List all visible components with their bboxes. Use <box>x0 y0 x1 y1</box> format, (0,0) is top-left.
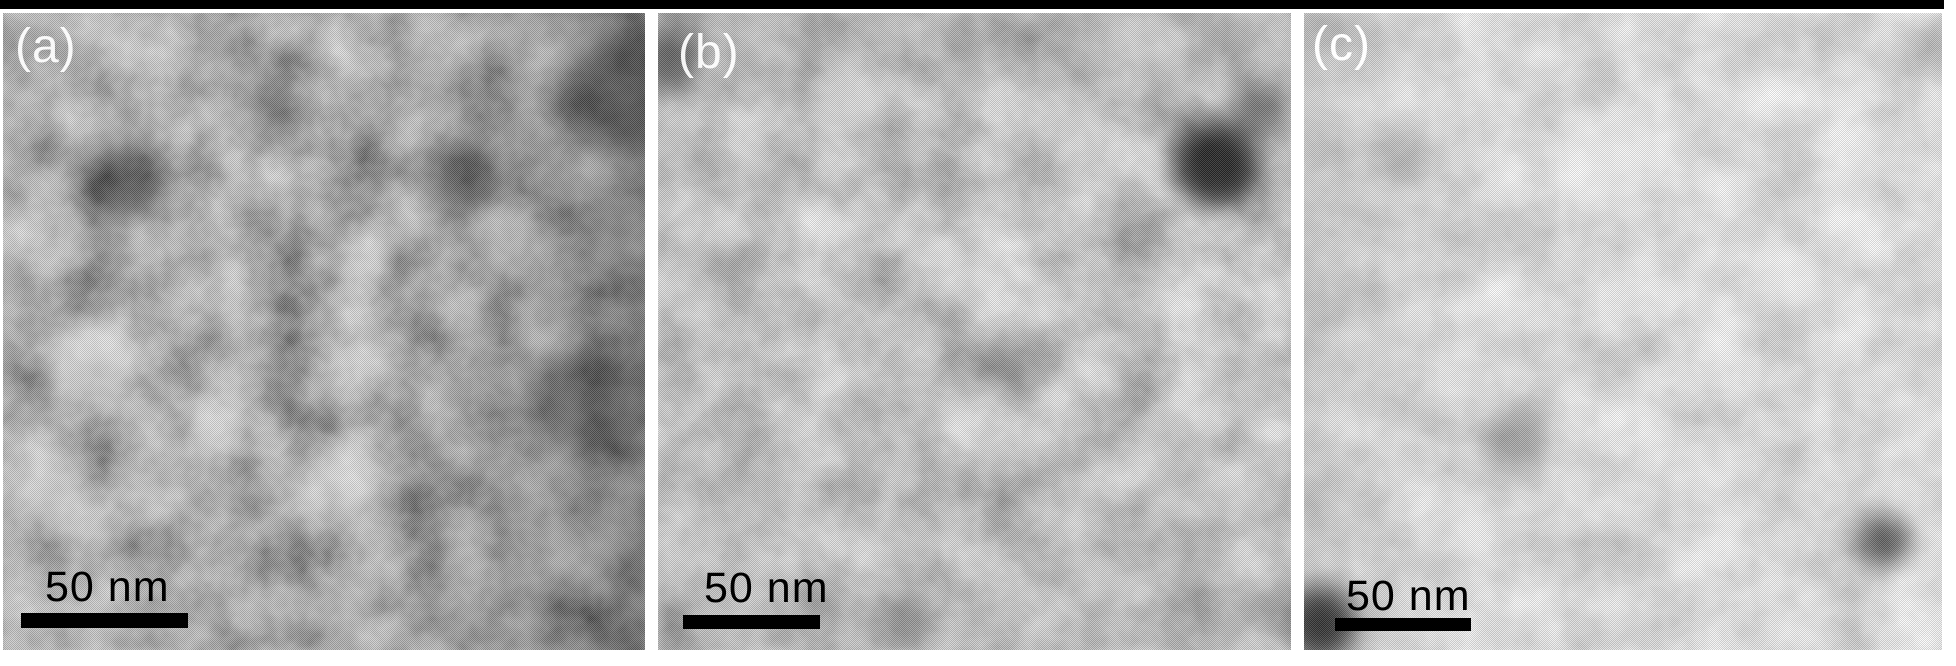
micrograph-figure: (a) 50 nm <box>0 0 1956 666</box>
scale-bar-c <box>1335 618 1471 631</box>
figure-top-border <box>0 0 1944 9</box>
micrograph-texture-a <box>3 13 645 650</box>
scale-bar-label-b: 50 nm <box>704 567 829 610</box>
scale-bar-a <box>21 613 188 628</box>
micrograph-texture-c <box>1304 13 1942 650</box>
panel-label-c: (c) <box>1312 21 1371 69</box>
scale-bar-label-a: 50 nm <box>45 566 170 609</box>
panel-label-b: (b) <box>678 29 740 77</box>
scale-bar-label-c: 50 nm <box>1346 575 1471 618</box>
micrograph-texture-b <box>658 13 1291 650</box>
micrograph-panel-b: (b) 50 nm <box>658 13 1291 650</box>
panel-label-a: (a) <box>15 23 77 71</box>
scale-bar-b <box>683 615 820 629</box>
micrograph-panel-a: (a) 50 nm <box>3 13 645 650</box>
micrograph-panel-c: (c) 50 nm <box>1304 13 1942 650</box>
